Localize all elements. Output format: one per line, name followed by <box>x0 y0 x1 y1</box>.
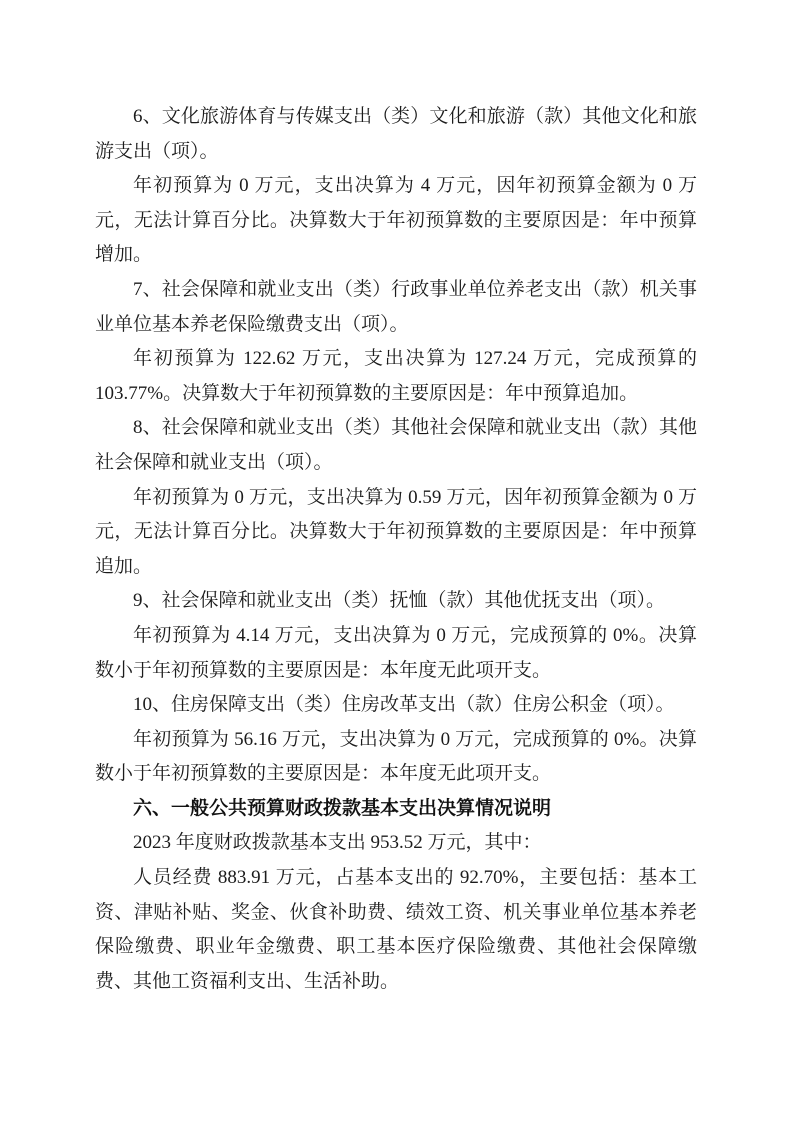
paragraph-item-7-detail: 年初预算为 122.62 万元，支出决算为 127.24 万元，完成预算的 10… <box>95 342 697 411</box>
paragraph-item-9-detail: 年初预算为 4.14 万元，支出决算为 0 万元，完成预算的 0%。决算数小于年… <box>95 619 697 688</box>
paragraph-item-10-title: 10、住房保障支出（类）住房改革支出（款）住房公积金（项）。 <box>95 688 697 723</box>
paragraph-personnel-expenses: 人员经费 883.91 万元，占基本支出的 92.70%，主要包括：基本工资、津… <box>95 861 697 999</box>
paragraph-item-8-title: 8、社会保障和就业支出（类）其他社会保障和就业支出（款）其他社会保障和就业支出（… <box>95 411 697 480</box>
paragraph-basic-expenditure-total: 2023 年度财政拨款基本支出 953.52 万元，其中： <box>95 826 697 861</box>
paragraph-item-8-detail: 年初预算为 0 万元，支出决算为 0.59 万元，因年初预算金额为 0 万元，无… <box>95 481 697 585</box>
paragraph-item-6-detail: 年初预算为 0 万元，支出决算为 4 万元，因年初预算金额为 0 万元，无法计算… <box>95 169 697 273</box>
paragraph-item-7-title: 7、社会保障和就业支出（类）行政事业单位养老支出（款）机关事业单位基本养老保险缴… <box>95 273 697 342</box>
paragraph-item-6-title: 6、文化旅游体育与传媒支出（类）文化和旅游（款）其他文化和旅游支出（项）。 <box>95 100 697 169</box>
document-page: 6、文化旅游体育与传媒支出（类）文化和旅游（款）其他文化和旅游支出（项）。 年初… <box>0 0 793 1122</box>
document-text-flow: 6、文化旅游体育与传媒支出（类）文化和旅游（款）其他文化和旅游支出（项）。 年初… <box>95 100 697 999</box>
section-heading-six: 六、一般公共预算财政拨款基本支出决算情况说明 <box>95 792 697 827</box>
paragraph-item-9-title: 9、社会保障和就业支出（类）抚恤（款）其他优抚支出（项）。 <box>95 584 697 619</box>
paragraph-item-10-detail: 年初预算为 56.16 万元，支出决算为 0 万元，完成预算的 0%。决算数小于… <box>95 723 697 792</box>
